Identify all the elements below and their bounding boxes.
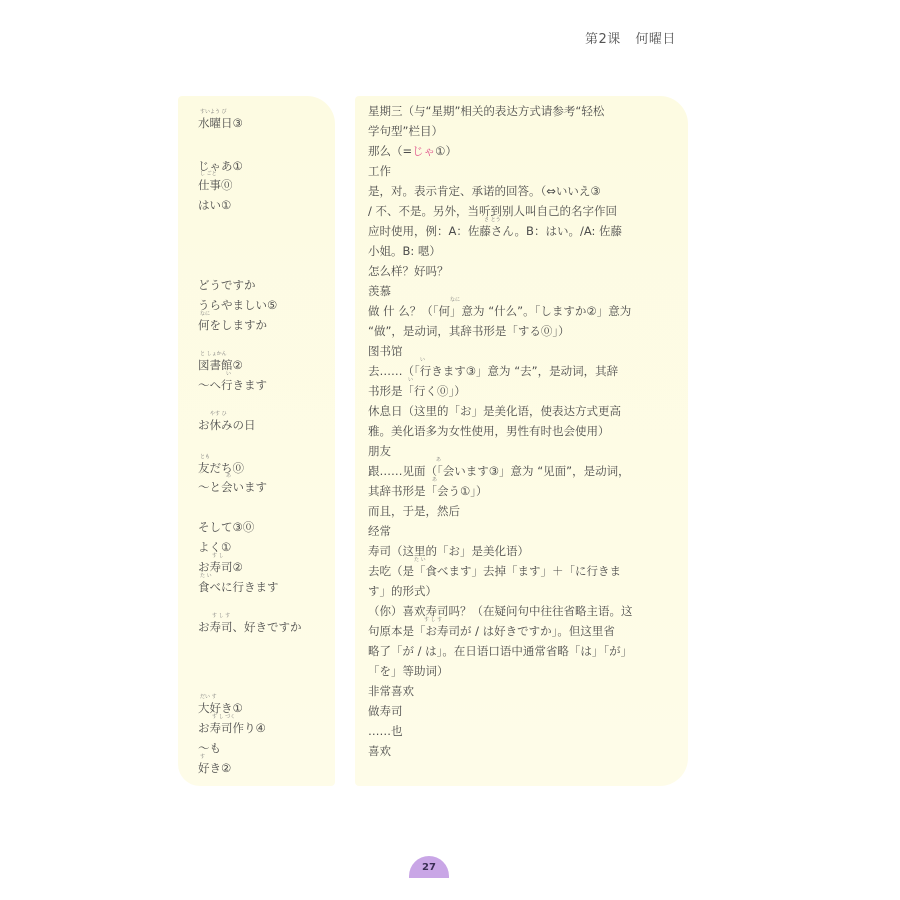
line-text: 羡慕 (368, 284, 391, 298)
furigana: す し す (212, 614, 230, 619)
line-text: そして③⓪ (198, 520, 254, 534)
furigana: た い (200, 574, 212, 579)
line-text: 雅。美化语多为女性使用，男性有时也会使用） (368, 424, 610, 438)
vocab-term: 大好き① (198, 701, 243, 715)
vocab-meaning: 图书馆 (368, 344, 403, 358)
line-text-suffix: ①） (435, 144, 457, 158)
vocab-terms-panel: すいよう び水曜日③じゃあ①し ごと仕事⓪はい①どうですかうらやましい⑤なに何を… (178, 96, 335, 786)
furigana: なに (450, 298, 460, 303)
vocab-term: 友だち⓪ (198, 461, 244, 475)
vocab-term: ～へ行きます (198, 378, 267, 392)
page-number-badge: 27 (409, 856, 449, 878)
furigana: と しょかん (200, 352, 227, 357)
line-text: お寿司② (198, 560, 243, 574)
line-text: 去吃（是「食べます」去掉「ます」＋「に行きま (368, 564, 621, 578)
line-text: 应时使用，例：A：佐藤さん。B：はい。/A: 佐藤 (368, 224, 622, 238)
line-text: 那么（= (368, 144, 412, 158)
vocab-term: お寿司、好きですか (198, 620, 302, 634)
line-text: 做 什 么？（「何」意为 “什么”。「しますか②」意为 (368, 304, 631, 318)
vocab-meaning: 雅。美化语多为女性使用，男性有时也会使用） (368, 424, 610, 438)
furigana: あ (436, 458, 441, 463)
furigana: す し す (424, 618, 442, 623)
furigana: あ (432, 478, 437, 483)
line-text: 略了「が / は」。在日语口语中通常省略「は」「が」 (368, 644, 632, 658)
line-text: 而且，于是，然后 (368, 504, 460, 518)
vocab-term: ～と会います (198, 480, 267, 494)
furigana: なに (200, 312, 210, 317)
lesson-title: 何曜日 (635, 32, 676, 47)
lesson-number: 第2课 (585, 32, 621, 47)
vocab-meaning: 那么（=じゃ①） (368, 144, 457, 158)
vocab-meaning: 略了「が / は」。在日语口语中通常省略「は」「が」 (368, 644, 632, 658)
line-text: 食べに行きます (198, 580, 279, 594)
vocab-meaning: 学句型”栏目） (368, 124, 443, 138)
vocab-meaning: 句原本是「お寿司が / は好きですか」。但这里省 (368, 624, 615, 638)
vocab-meaning: 寿司（这里的「お」是美化语） (368, 544, 529, 558)
vocab-term: 仕事⓪ (198, 178, 233, 192)
line-text: よく① (198, 540, 231, 554)
line-text: 小姐。B: 嗯） (368, 244, 441, 258)
vocab-meaning: 「を」等助词） (368, 664, 449, 678)
line-text: 经常 (368, 524, 391, 538)
line-text: 休息日（这里的「お」是美化语，使表达方式更高 (368, 404, 621, 418)
line-text: 寿司（这里的「お」是美化语） (368, 544, 529, 558)
vocab-meaning: 怎么样？好吗？ (368, 264, 449, 278)
vocab-term: 何をしますか (198, 318, 267, 332)
line-text: 友だち⓪ (198, 461, 244, 475)
line-text: 工作 (368, 164, 391, 178)
page-header: 第2课 何曜日 (585, 28, 676, 47)
furigana: すいよう び (200, 110, 227, 115)
line-text: どうですか (198, 278, 256, 292)
vocab-meaning: 朋友 (368, 444, 391, 458)
furigana: す し (212, 554, 224, 559)
vocab-meaning: 去吃（是「食べます」去掉「ます」＋「に行きま (368, 564, 621, 578)
furigana: す (200, 755, 205, 760)
vocab-term: 食べに行きます (198, 580, 279, 594)
line-text: 怎么样？好吗？ (368, 264, 449, 278)
vocab-term: どうですか (198, 278, 256, 292)
line-text: 図書館② (198, 358, 243, 372)
furigana: た い (414, 558, 426, 563)
vocab-meaning: 喜欢 (368, 744, 391, 758)
line-text: 做寿司 (368, 704, 403, 718)
line-text: はい① (198, 198, 231, 212)
line-text: お寿司作り④ (198, 721, 266, 735)
line-text: 书形是「行く⓪」） (368, 384, 466, 398)
vocab-meanings-panel: 星期三（与“星期”相关的表达方式请参考“轻松学句型”栏目）那么（=じゃ①）工作是… (355, 96, 688, 786)
vocab-meaning: 去……（「行きます③」意为 “去”，是动词，其辞 (368, 364, 618, 378)
furigana: い (420, 358, 425, 363)
furigana: さ とう (484, 218, 501, 223)
line-text: 好き② (198, 761, 231, 775)
vocab-term: お休みの日 (198, 418, 256, 432)
line-text: す」的形式） (368, 584, 437, 598)
line-text: 「を」等助词） (368, 664, 449, 678)
line-text: 去……（「行きます③」意为 “去”，是动词，其辞 (368, 364, 618, 378)
vocab-meaning: （你）喜欢寿司吗？（在疑问句中往往省略主语。这 (368, 604, 633, 618)
vocab-meaning: す」的形式） (368, 584, 437, 598)
line-text: 非常喜欢 (368, 684, 414, 698)
page-number: 27 (422, 862, 436, 873)
line-text: 水曜日③ (198, 116, 243, 130)
vocab-meaning: 休息日（这里的「お」是美化语，使表达方式更高 (368, 404, 621, 418)
line-text: 何をしますか (198, 318, 267, 332)
furigana: あ (226, 474, 231, 479)
vocab-meaning: 应时使用，例：A：佐藤さん。B：はい。/A: 佐藤 (368, 224, 622, 238)
line-text: 其辞书形是「会う①」） (368, 484, 488, 498)
line-text: 仕事⓪ (198, 178, 233, 192)
vocab-meaning: 小姐。B: 嗯） (368, 244, 441, 258)
highlight-text: じゃ (412, 144, 435, 158)
vocab-term: 図書館② (198, 358, 243, 372)
furigana: し ごと (200, 172, 217, 177)
furigana: い (408, 378, 413, 383)
vocab-term: ～も (198, 741, 221, 755)
vocab-meaning: 做寿司 (368, 704, 403, 718)
vocab-term: 好き② (198, 761, 231, 775)
line-text: ～も (198, 741, 221, 755)
line-text: 大好き① (198, 701, 243, 715)
vocab-term: 水曜日③ (198, 116, 243, 130)
line-text: （你）喜欢寿司吗？（在疑问句中往往省略主语。这 (368, 604, 633, 618)
vocab-meaning: “做”，是动词，其辞书形是「する⓪」） (368, 324, 570, 338)
vocab-meaning: 其辞书形是「会う①」） (368, 484, 488, 498)
vocab-term: お寿司作り④ (198, 721, 266, 735)
line-text: 图书馆 (368, 344, 403, 358)
vocab-meaning: 工作 (368, 164, 391, 178)
vocab-term: はい① (198, 198, 231, 212)
line-text: ～へ行きます (198, 378, 267, 392)
line-text: 句原本是「お寿司が / は好きですか」。但这里省 (368, 624, 615, 638)
line-text: 朋友 (368, 444, 391, 458)
vocab-meaning: 跟……见面（「会います③」意为 “见面”，是动词， (368, 464, 630, 478)
line-text: うらやましい⑤ (198, 298, 277, 312)
vocab-meaning: / 不、不是。另外，当听到别人叫自己的名字作回 (368, 204, 617, 218)
furigana: い (226, 372, 231, 377)
furigana: やす ひ (210, 412, 227, 417)
vocab-meaning: 而且，于是，然后 (368, 504, 460, 518)
vocab-meaning: 经常 (368, 524, 391, 538)
line-text: 喜欢 (368, 744, 391, 758)
line-text: お休みの日 (198, 418, 256, 432)
line-text: ……也 (368, 724, 403, 738)
vocab-meaning: 羡慕 (368, 284, 391, 298)
vocab-term: そして③⓪ (198, 520, 254, 534)
line-text: お寿司、好きですか (198, 620, 302, 634)
vocab-meaning: 星期三（与“星期”相关的表达方式请参考“轻松 (368, 104, 604, 118)
vocab-meaning: 是，对。表示肯定、承诺的回答。（⇔いいえ③ (368, 184, 601, 198)
vocab-meaning: 非常喜欢 (368, 684, 414, 698)
vocab-meaning: 书形是「行く⓪」） (368, 384, 466, 398)
line-text: 星期三（与“星期”相关的表达方式请参考“轻松 (368, 104, 604, 118)
line-text: 跟……见面（「会います③」意为 “见面”，是动词， (368, 464, 630, 478)
line-text: ～と会います (198, 480, 267, 494)
furigana: す し づく (212, 715, 235, 720)
vocab-meaning: ……也 (368, 724, 403, 738)
vocab-meaning: 做 什 么？（「何」意为 “什么”。「しますか②」意为 (368, 304, 631, 318)
line-text: 是，对。表示肯定、承诺的回答。（⇔いいえ③ (368, 184, 601, 198)
vocab-term: よく① (198, 540, 231, 554)
line-text: “做”，是动词，其辞书形是「する⓪」） (368, 324, 570, 338)
vocab-term: うらやましい⑤ (198, 298, 277, 312)
furigana: とも (200, 455, 210, 460)
furigana: だい す (200, 695, 217, 700)
vocab-term: お寿司② (198, 560, 243, 574)
line-text: 学句型”栏目） (368, 124, 443, 138)
line-text: / 不、不是。另外，当听到别人叫自己的名字作回 (368, 204, 617, 218)
